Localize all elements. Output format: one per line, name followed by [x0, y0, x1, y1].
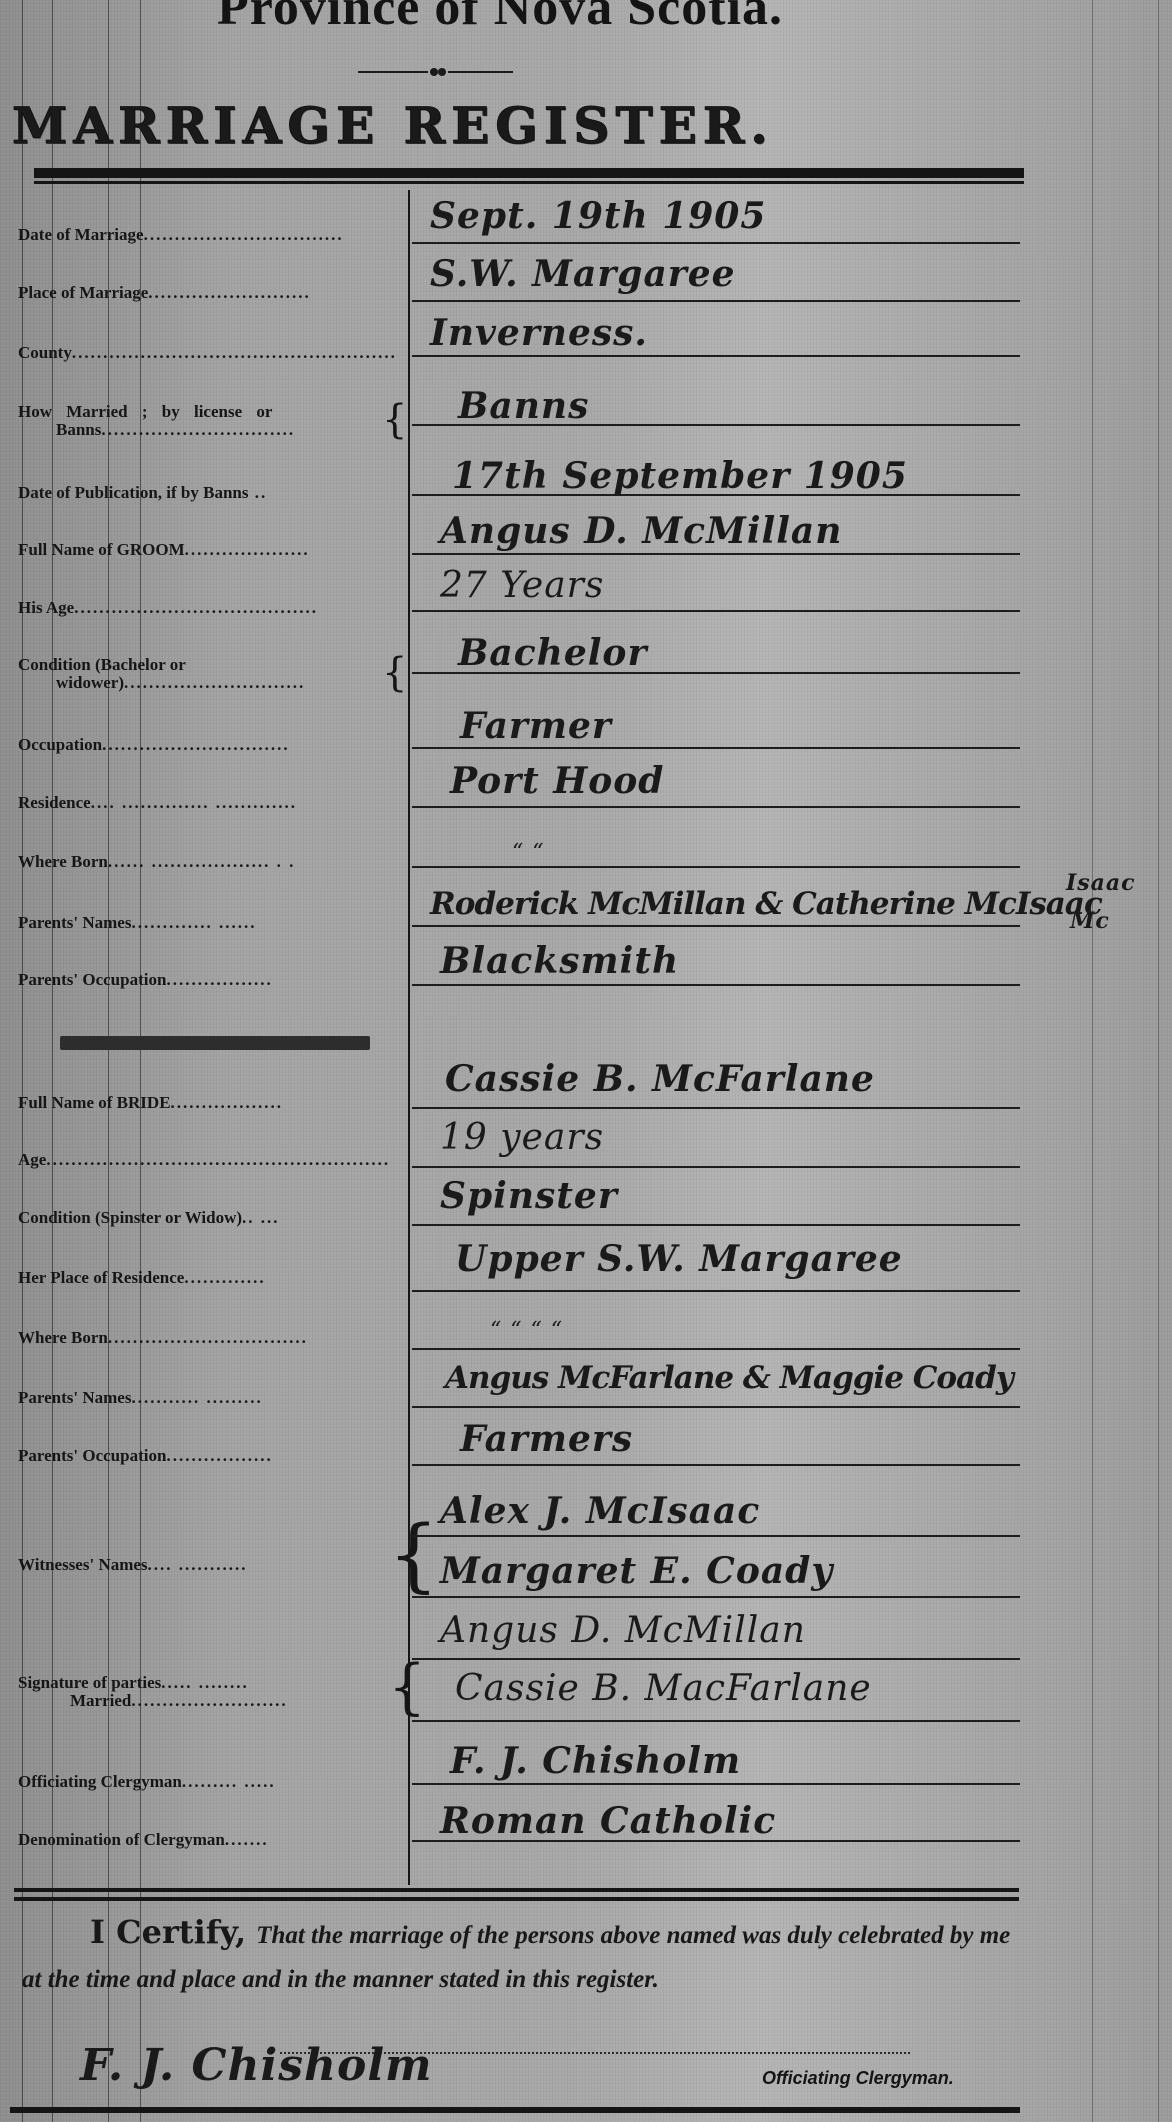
label-his-age: His Age.................................… — [18, 598, 408, 618]
field-line — [412, 300, 1020, 302]
value-denomination: Roman Catholic — [440, 1800, 776, 1842]
field-line — [412, 806, 1020, 808]
field-line — [412, 925, 1020, 927]
label-bride-parents-names: Parents' Names........... ......... — [18, 1388, 408, 1408]
value-bride-parents-occupation: Farmers — [460, 1418, 633, 1460]
value-witness-2: Margaret E. Coady — [440, 1550, 833, 1592]
value-bride-name: Cassie B. McFarlane — [445, 1058, 875, 1100]
field-line — [412, 672, 1020, 674]
field-line — [412, 424, 1020, 426]
label-date-of-publication: Date of Publication, if by Banns .. — [18, 483, 408, 503]
field-line — [412, 1535, 1020, 1537]
field-line — [412, 1348, 1020, 1350]
scan-line — [108, 0, 109, 2122]
value-groom-condition: Bachelor — [458, 632, 647, 674]
field-line — [412, 1406, 1020, 1408]
value-residence: Port Hood — [450, 760, 664, 802]
label-bride-parents-occupation: Parents' Occupation................. — [18, 1446, 408, 1466]
label-bride-where-born: Where Born..............................… — [18, 1328, 408, 1348]
field-line — [412, 1290, 1020, 1292]
label-how-married: How Married ; by license or Banns.......… — [18, 403, 408, 439]
value-bride-age: 19 years — [440, 1117, 604, 1158]
field-line — [412, 747, 1020, 749]
field-line — [412, 1658, 1020, 1660]
brace: { — [388, 1510, 439, 1600]
header-rule — [34, 168, 1024, 178]
value-where-born: “ “ — [512, 840, 545, 865]
column-divider — [408, 190, 410, 1885]
value-place-of-marriage: S.W. Margaree — [430, 253, 736, 295]
field-line — [412, 553, 1020, 555]
brace: { — [388, 1652, 426, 1722]
label-witnesses: Witnesses' Names.... ........... — [18, 1555, 408, 1575]
scan-line — [22, 0, 23, 2122]
footer-rule — [14, 1888, 1019, 1892]
ornament-divider — [358, 67, 513, 77]
field-line — [412, 1107, 1020, 1109]
footer-rule — [14, 1897, 1019, 1901]
label-date-of-marriage: Date of Marriage........................… — [18, 225, 408, 245]
scan-line — [52, 0, 53, 2122]
value-party-2: Cassie B. MacFarlane — [455, 1668, 872, 1709]
field-line — [412, 866, 1020, 868]
label-where-born: Where Born...... ................... . . — [18, 852, 408, 872]
value-bride-where-born: “ “ “ “ — [490, 1318, 563, 1343]
margin-note: Mc — [1070, 908, 1110, 934]
label-groom-name: Full Name of GROOM.................... — [18, 540, 408, 560]
field-line — [412, 1166, 1020, 1168]
field-line — [412, 1224, 1020, 1226]
scan-line — [1092, 0, 1093, 2122]
value-groom-parents-names: Roderick McMillan & Catherine McIsaac — [430, 886, 1102, 922]
brace: { — [382, 400, 407, 440]
value-bride-condition: Spinster — [440, 1175, 618, 1217]
value-witness-1: Alex J. McIsaac — [440, 1490, 760, 1532]
field-line — [412, 1596, 1020, 1598]
officiating-clergyman-caption: Officiating Clergyman. — [762, 2068, 954, 2089]
province-title: Province of Nova Scotia. — [0, 0, 1000, 37]
value-how-married: Banns — [458, 385, 589, 427]
label-county: County..................................… — [18, 343, 408, 363]
scan-line — [1158, 0, 1159, 2122]
value-bride-residence: Upper S.W. Margaree — [455, 1238, 903, 1280]
register-title: MARRIAGE REGISTER. — [12, 96, 1012, 155]
field-line — [412, 1720, 1020, 1722]
label-bride-age: Age.....................................… — [18, 1150, 408, 1170]
label-officiating-clergyman: Officiating Clergyman......... ..... — [18, 1772, 408, 1792]
label-signature-of-parties: Signature of parties..... ........ Marri… — [18, 1674, 408, 1710]
field-line — [412, 1840, 1020, 1842]
value-date-of-publication: 17th September 1905 — [452, 455, 908, 497]
field-line — [412, 355, 1020, 357]
field-line — [412, 242, 1020, 244]
margin-note: Isaac — [1066, 870, 1136, 896]
scan-line — [140, 0, 141, 2122]
field-line — [412, 1783, 1020, 1785]
label-residence: Residence.... .............. ...........… — [18, 793, 408, 813]
section-separator — [60, 1036, 370, 1050]
brace: { — [382, 653, 407, 693]
value-party-1: Angus D. McMillan — [440, 1610, 806, 1651]
value-date-of-marriage: Sept. 19th 1905 — [430, 195, 766, 237]
label-place-of-marriage: Place of Marriage.......................… — [18, 283, 408, 303]
certification-signature: F. J. Chisholm — [80, 2040, 433, 2091]
value-groom-parents-occupation: Blacksmith — [440, 940, 679, 982]
label-groom-parents-names: Parents' Names............. ...... — [18, 913, 408, 933]
certify-lead: I Certify, — [90, 1913, 246, 1951]
field-line — [412, 1464, 1020, 1466]
value-his-age: 27 Years — [440, 565, 604, 606]
label-groom-parents-occupation: Parents' Occupation................. — [18, 970, 408, 990]
field-line — [412, 984, 1020, 986]
value-county: Inverness. — [430, 312, 648, 354]
header-rule — [34, 181, 1024, 184]
label-bride-condition: Condition (Spinster or Widow).. ... — [18, 1208, 408, 1228]
label-bride-name: Full Name of BRIDE.................. — [18, 1093, 408, 1113]
certification-statement: I Certify,That the marriage of the perso… — [22, 1910, 1032, 2002]
bottom-rule — [10, 2107, 1020, 2113]
label-groom-condition: Condition (Bachelor or widower).........… — [18, 656, 408, 692]
field-line — [412, 494, 1020, 496]
value-groom-name: Angus D. McMillan — [440, 510, 842, 552]
field-line — [412, 610, 1020, 612]
label-denomination: Denomination of Clergyman....... — [18, 1830, 408, 1850]
value-occupation: Farmer — [460, 705, 612, 747]
label-occupation: Occupation.............................. — [18, 735, 408, 755]
value-bride-parents-names: Angus McFarlane & Maggie Coady — [445, 1360, 1013, 1396]
value-officiating-clergyman: F. J. Chisholm — [450, 1740, 741, 1782]
label-bride-residence: Her Place of Residence............. — [18, 1268, 408, 1288]
